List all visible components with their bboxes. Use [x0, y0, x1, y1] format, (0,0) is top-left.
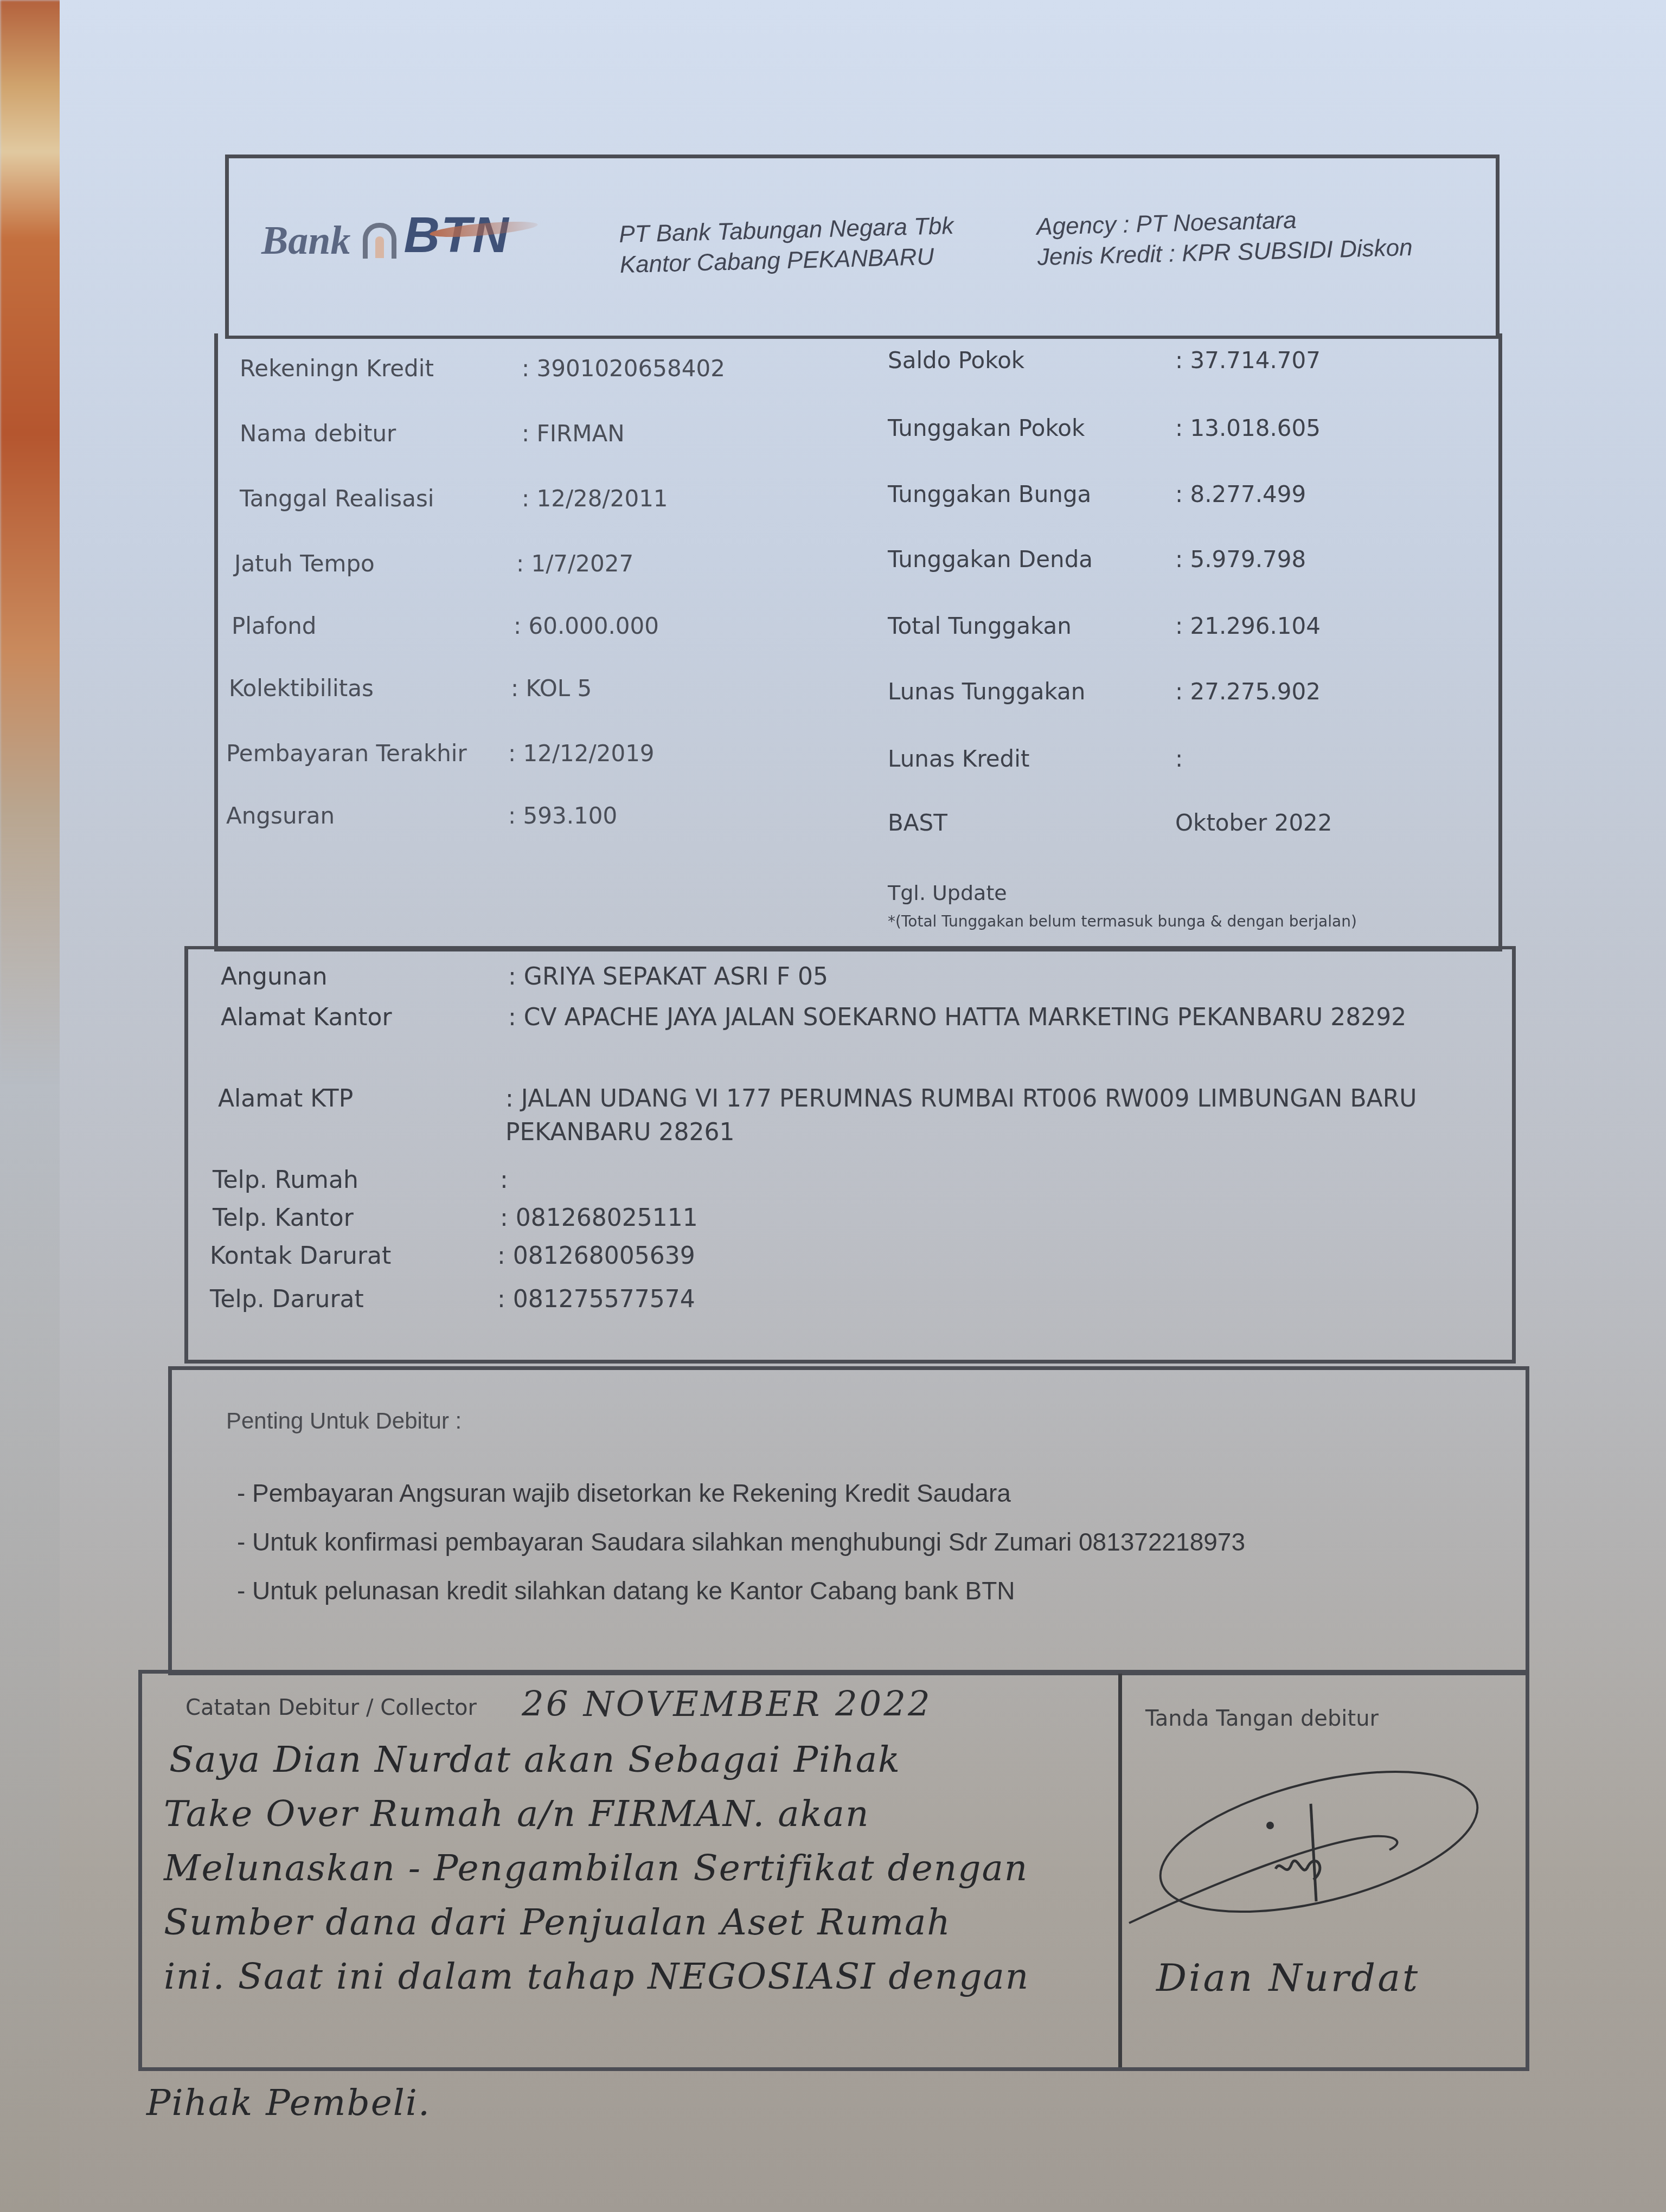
- tgl-update-label: Tgl. Update: [888, 881, 1007, 905]
- account-value: : 3901020658402: [522, 355, 847, 382]
- signature-label: Tanda Tangan debitur: [1145, 1706, 1379, 1731]
- contact-value: :: [500, 1163, 1487, 1197]
- account-value: : 21.296.104: [1175, 613, 1501, 639]
- account-label: Tunggakan Bunga: [888, 481, 1175, 507]
- account-row: Angsuran: 593.100: [226, 802, 834, 829]
- logo-bank-text: Bank: [261, 218, 351, 264]
- contact-label: Alamat Kantor: [221, 1001, 508, 1034]
- contact-value: : 081275577574: [497, 1283, 1484, 1316]
- header-box: Bank BTN PT Bank Tabungan Negara Tbk Kan…: [225, 155, 1500, 339]
- contact-value: : 081268025111: [500, 1201, 1487, 1235]
- account-value: : 12/28/2011: [522, 485, 847, 512]
- account-value: : 60.000.000: [514, 613, 839, 639]
- contact-row: Telp. Kantor: 081268025111: [213, 1201, 1487, 1235]
- account-value: : FIRMAN: [522, 420, 847, 447]
- contact-value: : GRIYA SEPAKAT ASRI F 05: [508, 960, 1495, 994]
- account-value: :: [1175, 745, 1501, 772]
- account-label: BAST: [888, 809, 1175, 836]
- contact-row: Alamat Kantor: CV APACHE JAYA JALAN SOEK…: [221, 1001, 1495, 1034]
- account-row: Total Tunggakan: 21.296.104: [888, 613, 1501, 639]
- contact-label: Telp. Kantor: [213, 1201, 500, 1235]
- account-value: : 593.100: [508, 802, 834, 829]
- account-value: : 37.714.707: [1175, 347, 1501, 374]
- account-row: Lunas Kredit:: [888, 745, 1501, 772]
- account-info-box: Rekeningn Kredit: 3901020658402Nama debi…: [214, 333, 1502, 951]
- notice-title: Penting Untuk Debitur :: [226, 1408, 462, 1434]
- account-value: Oktober 2022: [1175, 809, 1501, 836]
- contact-value: : JALAN UDANG VI 177 PERUMNAS RUMBAI RT0…: [505, 1082, 1492, 1149]
- handwritten-continuation: Pihak Pembeli.: [146, 2082, 431, 2124]
- account-label: Saldo Pokok: [888, 347, 1175, 374]
- account-row: Lunas Tunggakan: 27.275.902: [888, 678, 1501, 705]
- account-value: : 1/7/2027: [516, 550, 842, 577]
- account-value: : 12/12/2019: [508, 740, 834, 767]
- account-label: Pembayaran Terakhir: [226, 740, 508, 767]
- account-label: Rekeningn Kredit: [240, 355, 522, 382]
- contact-value: : 081268005639: [497, 1239, 1484, 1273]
- account-label: Angsuran: [226, 802, 508, 829]
- account-row: Pembayaran Terakhir: 12/12/2019: [226, 740, 834, 767]
- notes-label: Catatan Debitur / Collector: [185, 1695, 477, 1720]
- account-row: Tanggal Realisasi: 12/28/2011: [240, 485, 847, 512]
- house-icon: [363, 223, 396, 259]
- notice-item: - Pembayaran Angsuran wajib disetorkan k…: [237, 1478, 1011, 1508]
- account-label: Lunas Kredit: [888, 745, 1175, 772]
- handwritten-line: Sumber dana dari Penjualan Aset Rumah: [164, 1901, 951, 1943]
- contact-row: Telp. Darurat: 081275577574: [210, 1283, 1484, 1316]
- contact-label: Kontak Darurat: [210, 1239, 497, 1273]
- handwritten-line: Take Over Rumah a/n FIRMAN. akan: [164, 1793, 869, 1835]
- contact-row: Alamat KTP: JALAN UDANG VI 177 PERUMNAS …: [218, 1082, 1492, 1149]
- account-label: Plafond: [232, 613, 514, 639]
- account-row: Nama debitur: FIRMAN: [240, 420, 847, 447]
- account-row: Plafond: 60.000.000: [232, 613, 839, 639]
- account-row: Saldo Pokok: 37.714.707: [888, 347, 1501, 374]
- account-label: Kolektibilitas: [229, 675, 511, 702]
- account-row: BASTOktober 2022: [888, 809, 1501, 836]
- signature-name: Dian Nurdat: [1156, 1956, 1420, 2000]
- contact-info-box: Angunan: GRIYA SEPAKAT ASRI F 05Alamat K…: [184, 946, 1516, 1364]
- account-value: : 27.275.902: [1175, 678, 1501, 705]
- bank-info: PT Bank Tabungan Negara Tbk Kantor Caban…: [619, 211, 955, 280]
- account-label: Tunggakan Denda: [888, 546, 1175, 573]
- account-label: Lunas Tunggakan: [888, 678, 1175, 705]
- handwritten-line: Melunaskan - Pengambilan Sertifikat deng…: [164, 1847, 1028, 1889]
- account-value: : KOL 5: [511, 675, 836, 702]
- notice-item: - Untuk pelunasan kredit silahkan datang…: [237, 1576, 1015, 1605]
- background-carpet: [0, 0, 65, 1084]
- important-notice-box: Penting Untuk Debitur : - Pembayaran Ang…: [168, 1366, 1529, 1675]
- account-value: : 5.979.798: [1175, 546, 1501, 573]
- contact-label: Alamat KTP: [218, 1082, 505, 1149]
- contact-label: Angunan: [221, 960, 508, 994]
- footnote: *(Total Tunggakan belum termasuk bunga &…: [888, 912, 1357, 930]
- handwritten-date: 26 NOVEMBER 2022: [522, 1684, 932, 1725]
- account-row: Tunggakan Bunga: 8.277.499: [888, 481, 1501, 507]
- contact-label: Telp. Rumah: [213, 1163, 500, 1197]
- account-row: Rekeningn Kredit: 3901020658402: [240, 355, 847, 382]
- account-value: : 13.018.605: [1175, 415, 1501, 441]
- account-label: Tunggakan Pokok: [888, 415, 1175, 441]
- handwritten-line: Saya Dian Nurdat akan Sebagai Pihak: [169, 1739, 901, 1780]
- account-row: Jatuh Tempo: 1/7/2027: [234, 550, 842, 577]
- notes-box: Catatan Debitur / Collector 26 NOVEMBER …: [138, 1670, 1529, 2071]
- account-label: Total Tunggakan: [888, 613, 1175, 639]
- account-value: : 8.277.499: [1175, 481, 1501, 507]
- contact-row: Kontak Darurat: 081268005639: [210, 1239, 1484, 1273]
- account-row: Tunggakan Pokok: 13.018.605: [888, 415, 1501, 441]
- contact-label: Telp. Darurat: [210, 1283, 497, 1316]
- handwritten-line: ini. Saat ini dalam tahap NEGOSIASI deng…: [164, 1956, 1029, 1997]
- account-label: Jatuh Tempo: [234, 550, 516, 577]
- agency-info: Agency : PT Noesantara Jenis Kredit : KP…: [1036, 202, 1413, 273]
- notice-item: - Untuk konfirmasi pembayaran Saudara si…: [237, 1527, 1245, 1557]
- account-row: Kolektibilitas: KOL 5: [229, 675, 836, 702]
- signature-scribble-icon: [1113, 1744, 1492, 1950]
- contact-row: Angunan: GRIYA SEPAKAT ASRI F 05: [221, 960, 1495, 994]
- account-row: Tunggakan Denda: 5.979.798: [888, 546, 1501, 573]
- account-label: Tanggal Realisasi: [240, 485, 522, 512]
- contact-row: Telp. Rumah:: [213, 1163, 1487, 1197]
- contact-value: : CV APACHE JAYA JALAN SOEKARNO HATTA MA…: [508, 1001, 1495, 1034]
- account-label: Nama debitur: [240, 420, 522, 447]
